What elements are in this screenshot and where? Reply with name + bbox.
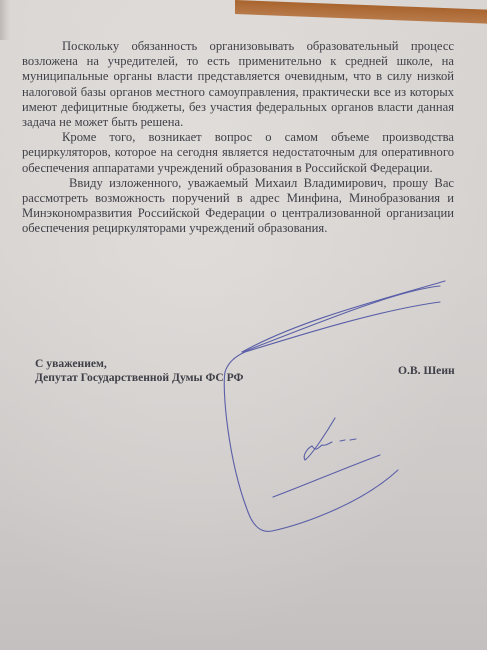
paragraph-2: Кроме того, возникает вопрос о самом объ… [22,130,454,176]
paragraph-3: Ввиду изложенного, уважаемый Михаил Влад… [22,176,454,237]
signatory-name: О.В. Шеин [398,364,455,377]
letter-body: Поскольку обязанность организовывать обр… [22,39,454,237]
page-edge [0,0,10,40]
paragraph-1: Поскольку обязанность организовывать обр… [22,39,454,130]
closing-salutation: С уважением, [35,357,244,371]
closing-block: С уважением, Депутат Государственной Дум… [35,357,244,385]
signatory-position: Депутат Государственной Думы ФС РФ [35,371,244,385]
